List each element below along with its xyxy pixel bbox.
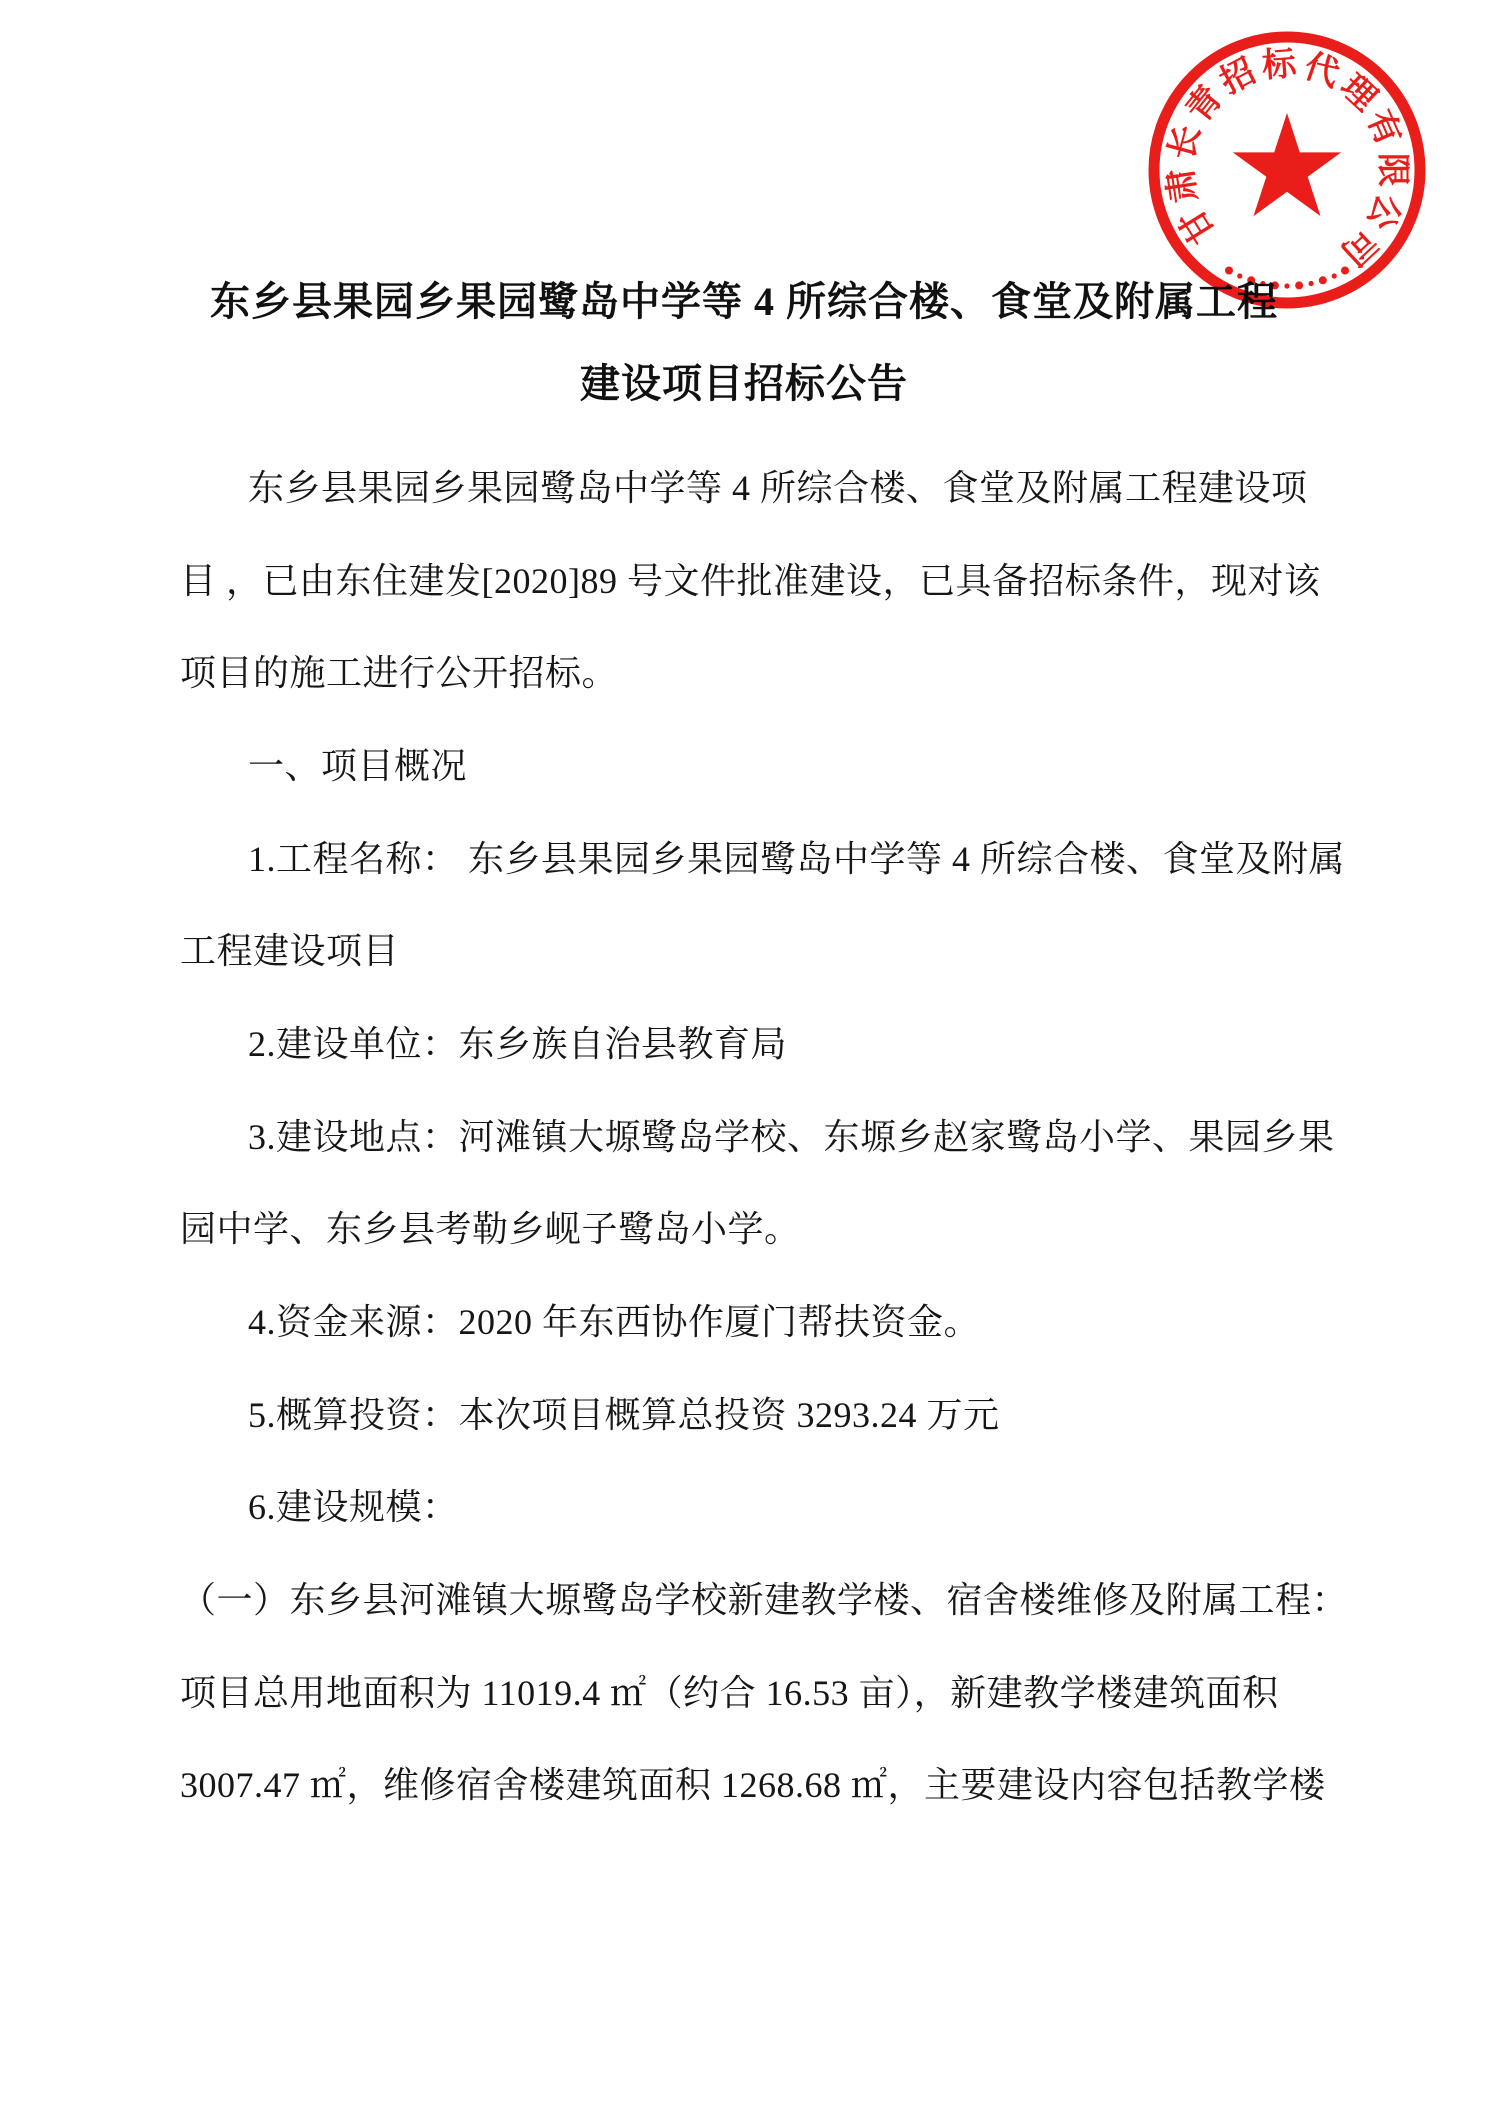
document-page: 东乡县果园乡果园鹭岛中学等 4 所综合楼、食堂及附属工程 建设项目招标公告 东乡… — [0, 0, 1488, 2105]
page-title-line-2: 建设项目招标公告 — [180, 352, 1308, 409]
body-line: 4.资金来源：2020 年东西协作厦门帮扶资金。 — [180, 1299, 1428, 1345]
body-line: 工程建设项目 — [180, 928, 1360, 974]
body-line: 3007.47 ㎡，维修宿舍楼建筑面积 1268.68 ㎡，主要建设内容包括教学… — [180, 1762, 1360, 1808]
body-line: 项目的施工进行公开招标。 — [180, 650, 1360, 696]
company-seal-stamp: 甘肃长青招标代理有限公司 — [1137, 20, 1437, 320]
body-line: 东乡县果园乡果园鹭岛中学等 4 所综合楼、食堂及附属工程建设项 — [180, 465, 1428, 511]
svg-text:公: 公 — [1360, 189, 1407, 235]
svg-text:长: 长 — [1162, 121, 1208, 164]
svg-text:肃: 肃 — [1161, 166, 1204, 205]
body-line: 目 ，已由东住建发[2020]89 号文件批准建设，已具备招标条件，现对该 — [180, 558, 1360, 604]
body-line: 5.概算投资：本次项目概算总投资 3293.24 万元 — [180, 1392, 1428, 1438]
body-line: （一）东乡县河滩镇大塬鹭岛学校新建教学楼、宿舍楼维修及附属工程： — [180, 1577, 1360, 1623]
body-line: 园中学、东乡县考勒乡岘子鹭岛小学。 — [180, 1206, 1360, 1252]
svg-text:限: 限 — [1373, 153, 1411, 187]
body-line: 6.建设规模： — [180, 1484, 1428, 1530]
body-line: 2.建设单位：东乡族自治县教育局 — [180, 1021, 1428, 1067]
seal-dot-arc — [1225, 267, 1349, 290]
body-line: 1.工程名称： 东乡县果园乡果园鹭岛中学等 4 所综合楼、食堂及附属 — [180, 836, 1428, 882]
section-heading: 一、项目概况 — [180, 743, 1428, 789]
body-line: 项目总用地面积为 11019.4 ㎡（约合 16.53 亩），新建教学楼建筑面积 — [180, 1670, 1360, 1716]
svg-text:代: 代 — [1300, 47, 1345, 94]
svg-text:标: 标 — [1261, 45, 1299, 86]
body-line: 3.建设地点：河滩镇大塬鹭岛学校、东塬乡赵家鹭岛小学、果园乡果 — [180, 1114, 1428, 1160]
red-star-icon — [1233, 113, 1341, 216]
